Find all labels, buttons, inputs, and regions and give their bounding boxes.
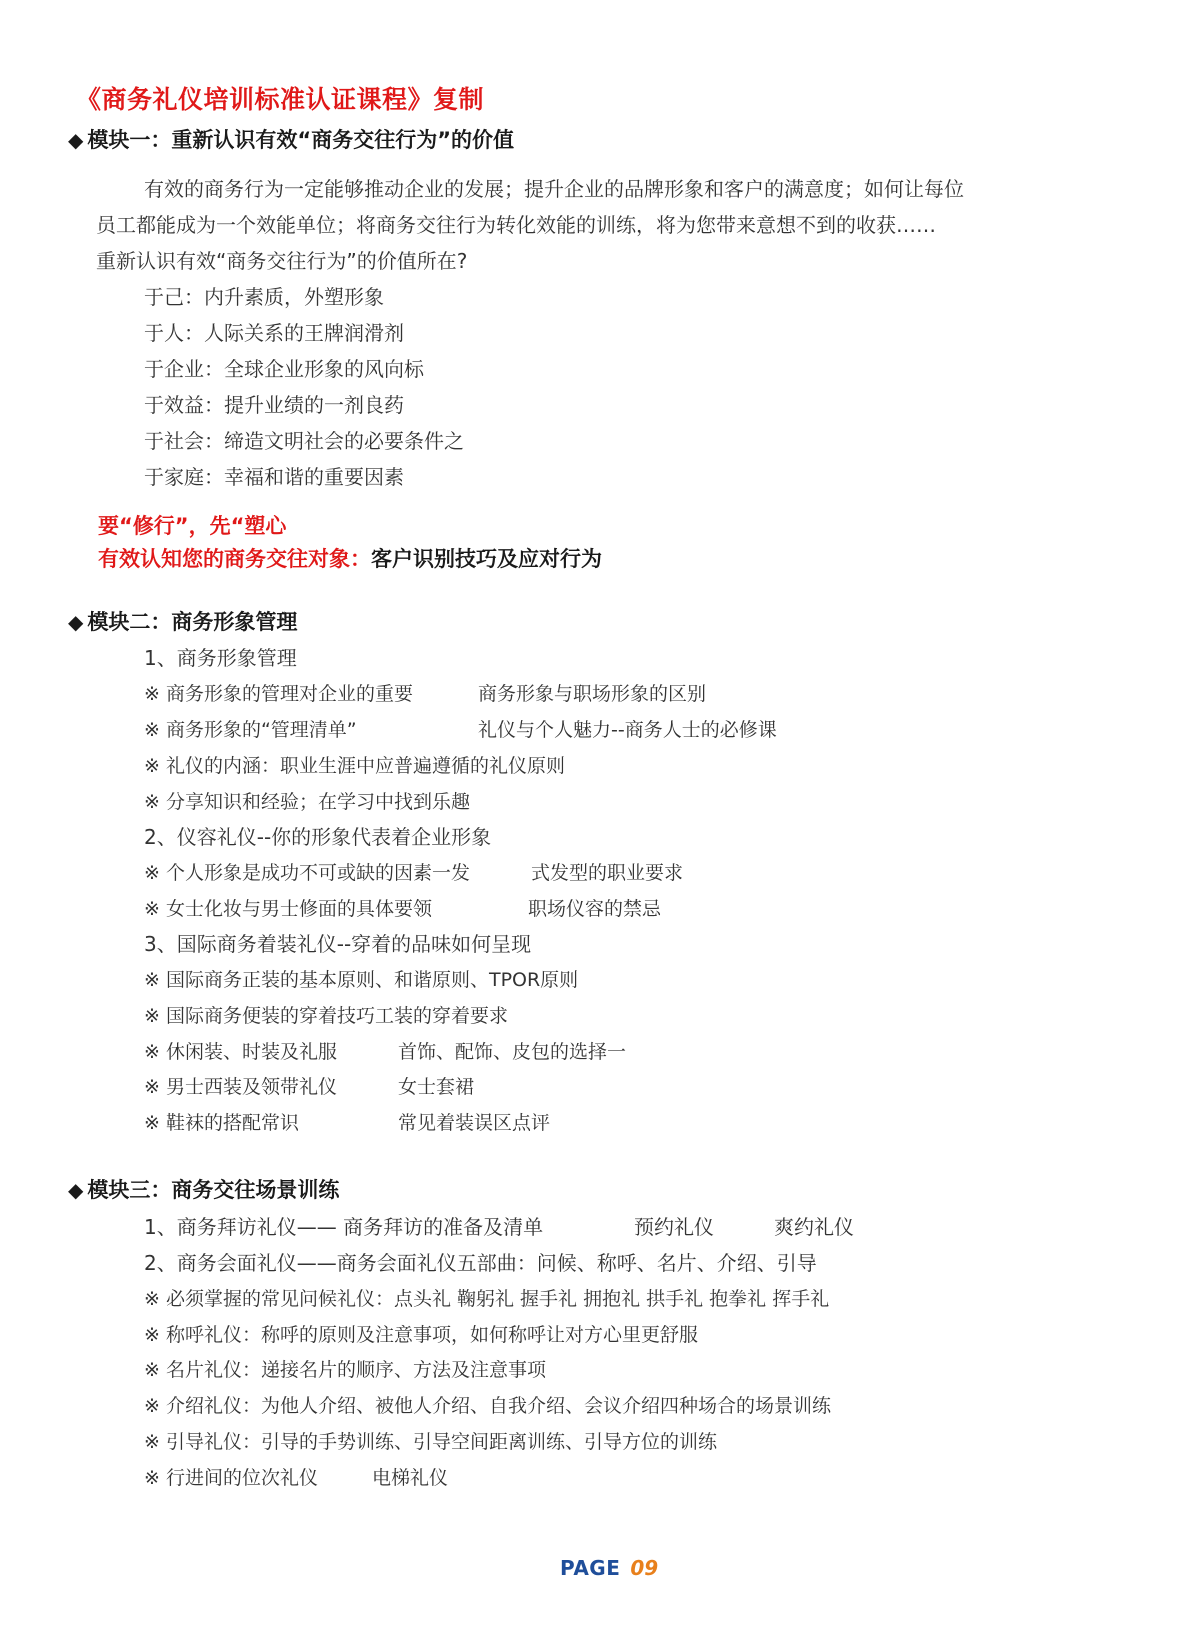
module2-item: ※ 礼仪的内涵：职业生涯中应普遍遵循的礼仪原则 (144, 751, 565, 778)
module2-heading-text: 模块二：商务形象管理 (87, 610, 297, 634)
document-title: 《商务礼仪培训标准认证课程》复制 (76, 80, 484, 116)
module2-item-col2: 商务形象与职场形象的区别 (478, 679, 706, 706)
diamond-bullet-icon: ◆ (68, 610, 83, 634)
module2-subsection: 2、仪容礼仪--你的形象代表着企业形象 (144, 821, 491, 850)
module2-item: ※ 女士化妆与男士修面的具体要领 (144, 894, 432, 921)
module2-item: ※ 商务形象的管理对企业的重要 (144, 679, 413, 706)
module3-item-col2: 电梯礼仪 (372, 1463, 448, 1490)
module2-item-col2: 女士套裙 (398, 1072, 474, 1099)
page-number: PAGE09 (560, 1556, 658, 1580)
module2-item-col2: 礼仪与个人魅力--商务人士的必修课 (478, 715, 777, 742)
module1-heading-text: 模块一：重新认识有效“商务交往行为”的价值 (87, 128, 514, 152)
module3-subsection-col3: 爽约礼仪 (774, 1211, 854, 1240)
module3-item: ※ 行进间的位次礼仪 (144, 1463, 318, 1490)
page-digits: 09 (630, 1556, 658, 1580)
module2-item: ※ 国际商务正装的基本原则、和谐原则、TPOR原则 (144, 965, 578, 992)
module2-item: ※ 商务形象的“管理清单” (144, 715, 357, 742)
module2-heading: ◆模块二：商务形象管理 (68, 606, 297, 636)
value-item: 于企业：全球企业形象的风向标 (144, 353, 424, 382)
value-item: 于效益：提升业绩的一剂良药 (144, 389, 404, 418)
module2-item-col2: 式发型的职业要求 (531, 858, 683, 885)
module3-item: ※ 称呼礼仪：称呼的原则及注意事项，如何称呼让对方心里更舒服 (144, 1320, 698, 1347)
module2-item: ※ 鞋袜的搭配常识 (144, 1108, 299, 1135)
value-item: 于家庭：幸福和谐的重要因素 (144, 461, 404, 490)
value-item: 于人：人际关系的王牌润滑剂 (144, 317, 404, 346)
highlight-client-recognition: 有效认知您的商务交往对象：客户识别技巧及应对行为 (98, 543, 602, 573)
highlight-label: 有效认知您的商务交往对象： (98, 547, 371, 571)
module3-heading: ◆模块三：商务交往场景训练 (68, 1174, 339, 1204)
module3-subsection: 1、商务拜访礼仪—— 商务拜访的准备及清单 (144, 1211, 543, 1240)
diamond-bullet-icon: ◆ (68, 128, 83, 152)
module1-paragraph-line3: 重新认识有效“商务交往行为”的价值所在? (96, 245, 467, 274)
module3-item: ※ 必须掌握的常见问候礼仪：点头礼 鞠躬礼 握手礼 拥抱礼 拱手礼 抱拳礼 挥手… (144, 1284, 829, 1311)
module2-item: ※ 个人形象是成功不可或缺的因素一发 (144, 858, 470, 885)
module3-subsection-col2: 预约礼仪 (634, 1211, 714, 1240)
module2-item: ※ 休闲装、时装及礼服 (144, 1037, 337, 1064)
page-label: PAGE (560, 1556, 620, 1580)
module3-item: ※ 介绍礼仪：为他人介绍、被他人介绍、自我介绍、会议介绍四种场合的场景训练 (144, 1391, 831, 1418)
module2-item: ※ 男士西装及领带礼仪 (144, 1072, 337, 1099)
module2-item: ※ 分享知识和经验；在学习中找到乐趣 (144, 787, 470, 814)
module1-paragraph-line2: 员工都能成为一个效能单位；将商务交往行为转化效能的训练，将为您带来意想不到的收获… (96, 209, 936, 238)
module2-item-col2: 首饰、配饰、皮包的选择一 (398, 1037, 626, 1064)
diamond-bullet-icon: ◆ (68, 1178, 83, 1202)
module3-heading-text: 模块三：商务交往场景训练 (87, 1178, 339, 1202)
highlight-value: 客户识别技巧及应对行为 (371, 547, 602, 571)
module1-heading: ◆模块一：重新认识有效“商务交往行为”的价值 (68, 124, 514, 154)
value-item: 于己：内升素质，外塑形象 (144, 281, 384, 310)
module2-subsection: 3、国际商务着装礼仪--穿着的品味如何呈现 (144, 928, 531, 957)
module3-subsection: 2、商务会面礼仪——商务会面礼仪五部曲：问候、称呼、名片、介绍、引导 (144, 1247, 817, 1276)
module2-item: ※ 国际商务便装的穿着技巧工装的穿着要求 (144, 1001, 508, 1028)
module2-subsection: 1、商务形象管理 (144, 642, 297, 671)
highlight-slogan: 要“修行”，先“塑心 (98, 510, 286, 540)
module3-item: ※ 引导礼仪：引导的手势训练、引导空间距离训练、引导方位的训练 (144, 1427, 717, 1454)
module3-item: ※ 名片礼仪：递接名片的顺序、方法及注意事项 (144, 1355, 546, 1382)
value-item: 于社会：缔造文明社会的必要条件之 (144, 425, 464, 454)
module1-paragraph-line1: 有效的商务行为一定能够推动企业的发展；提升企业的品牌形象和客户的满意度；如何让每… (144, 173, 964, 202)
module2-item-col2: 职场仪容的禁忌 (528, 894, 661, 921)
module2-item-col2: 常见着装误区点评 (398, 1108, 550, 1135)
